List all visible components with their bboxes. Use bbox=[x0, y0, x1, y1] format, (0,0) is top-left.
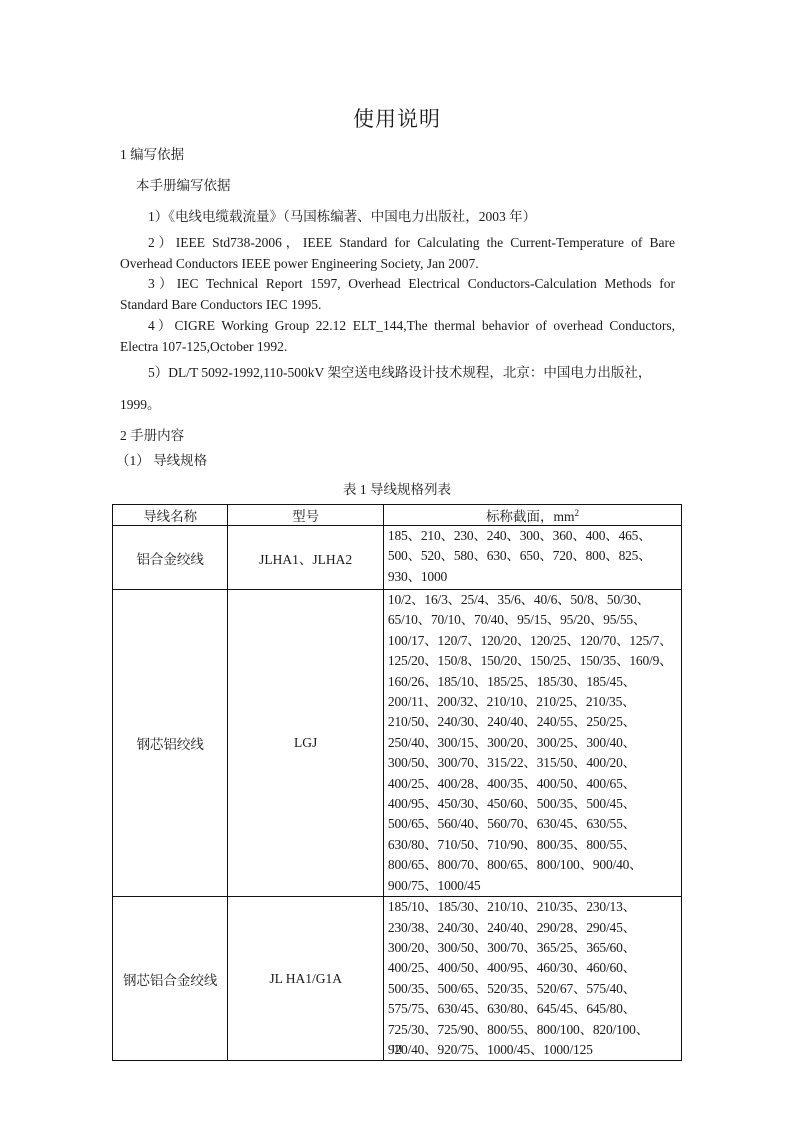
reference-2: 2）IEEE Std738-2006，IEEE Standard for Cal… bbox=[120, 232, 675, 274]
subsection-heading: （1） 导线规格 bbox=[116, 452, 207, 470]
reference-3: 3）IEC Technical Report 1597, Overhead El… bbox=[120, 273, 675, 315]
table-header-row: 导线名称 型号 标称截面，mm2 bbox=[113, 505, 682, 526]
reference-4: 4）CIGRE Working Group 22.12 ELT_144,The … bbox=[120, 315, 675, 357]
section-heading-1: 1 编写依据 bbox=[120, 146, 184, 164]
cell-model: LGJ bbox=[228, 590, 384, 897]
section-intro: 本手册编写依据 bbox=[136, 177, 231, 195]
cell-conductor-name: 铝合金绞线 bbox=[113, 526, 228, 590]
page-number: III bbox=[0, 1043, 794, 1055]
table-caption: 表 1 导线规格列表 bbox=[0, 478, 794, 498]
conductor-spec-table: 导线名称 型号 标称截面，mm2 铝合金绞线 JLHA1、JLHA2 185、2… bbox=[112, 504, 682, 1061]
reference-5: 5）DL/T 5092-1992,110-500kV 架空送电线路设计技术规程，… bbox=[148, 364, 651, 382]
table-row: 铝合金绞线 JLHA1、JLHA2 185、210、230、240、300、36… bbox=[113, 526, 682, 590]
reference-5-cont: 1999。 bbox=[120, 396, 161, 414]
header-section-sup: 2 bbox=[574, 508, 579, 518]
cell-conductor-name: 钢芯铝绞线 bbox=[113, 590, 228, 897]
cell-model: JL HA1/G1A bbox=[228, 897, 384, 1061]
header-model: 型号 bbox=[228, 505, 384, 526]
section-heading-2: 2 手册内容 bbox=[120, 427, 184, 445]
page-title: 使用说明 bbox=[0, 103, 794, 133]
cell-model: JLHA1、JLHA2 bbox=[228, 526, 384, 590]
reference-1: 1）《电线电缆载流量》（马国栋编著、中国电力出版社，2003 年） bbox=[148, 208, 536, 226]
table-row: 钢芯铝合金绞线 JL HA1/G1A 185/10、185/30、210/10、… bbox=[113, 897, 682, 1061]
header-nominal-section: 标称截面，mm2 bbox=[383, 505, 681, 526]
cell-sizes: 10/2、16/3、25/4、35/6、40/6、50/8、50/30、65/1… bbox=[383, 590, 681, 897]
cell-sizes: 185/10、185/30、210/10、210/35、230/13、230/3… bbox=[383, 897, 681, 1061]
document-page: 使用说明 1 编写依据 本手册编写依据 1）《电线电缆载流量》（马国栋编著、中国… bbox=[0, 0, 794, 1123]
table-row: 钢芯铝绞线 LGJ 10/2、16/3、25/4、35/6、40/6、50/8、… bbox=[113, 590, 682, 897]
cell-sizes: 185、210、230、240、300、360、400、465、500、520、… bbox=[383, 526, 681, 590]
cell-conductor-name: 钢芯铝合金绞线 bbox=[113, 897, 228, 1061]
header-conductor-name: 导线名称 bbox=[113, 505, 228, 526]
header-section-text: 标称截面，mm bbox=[486, 509, 575, 524]
